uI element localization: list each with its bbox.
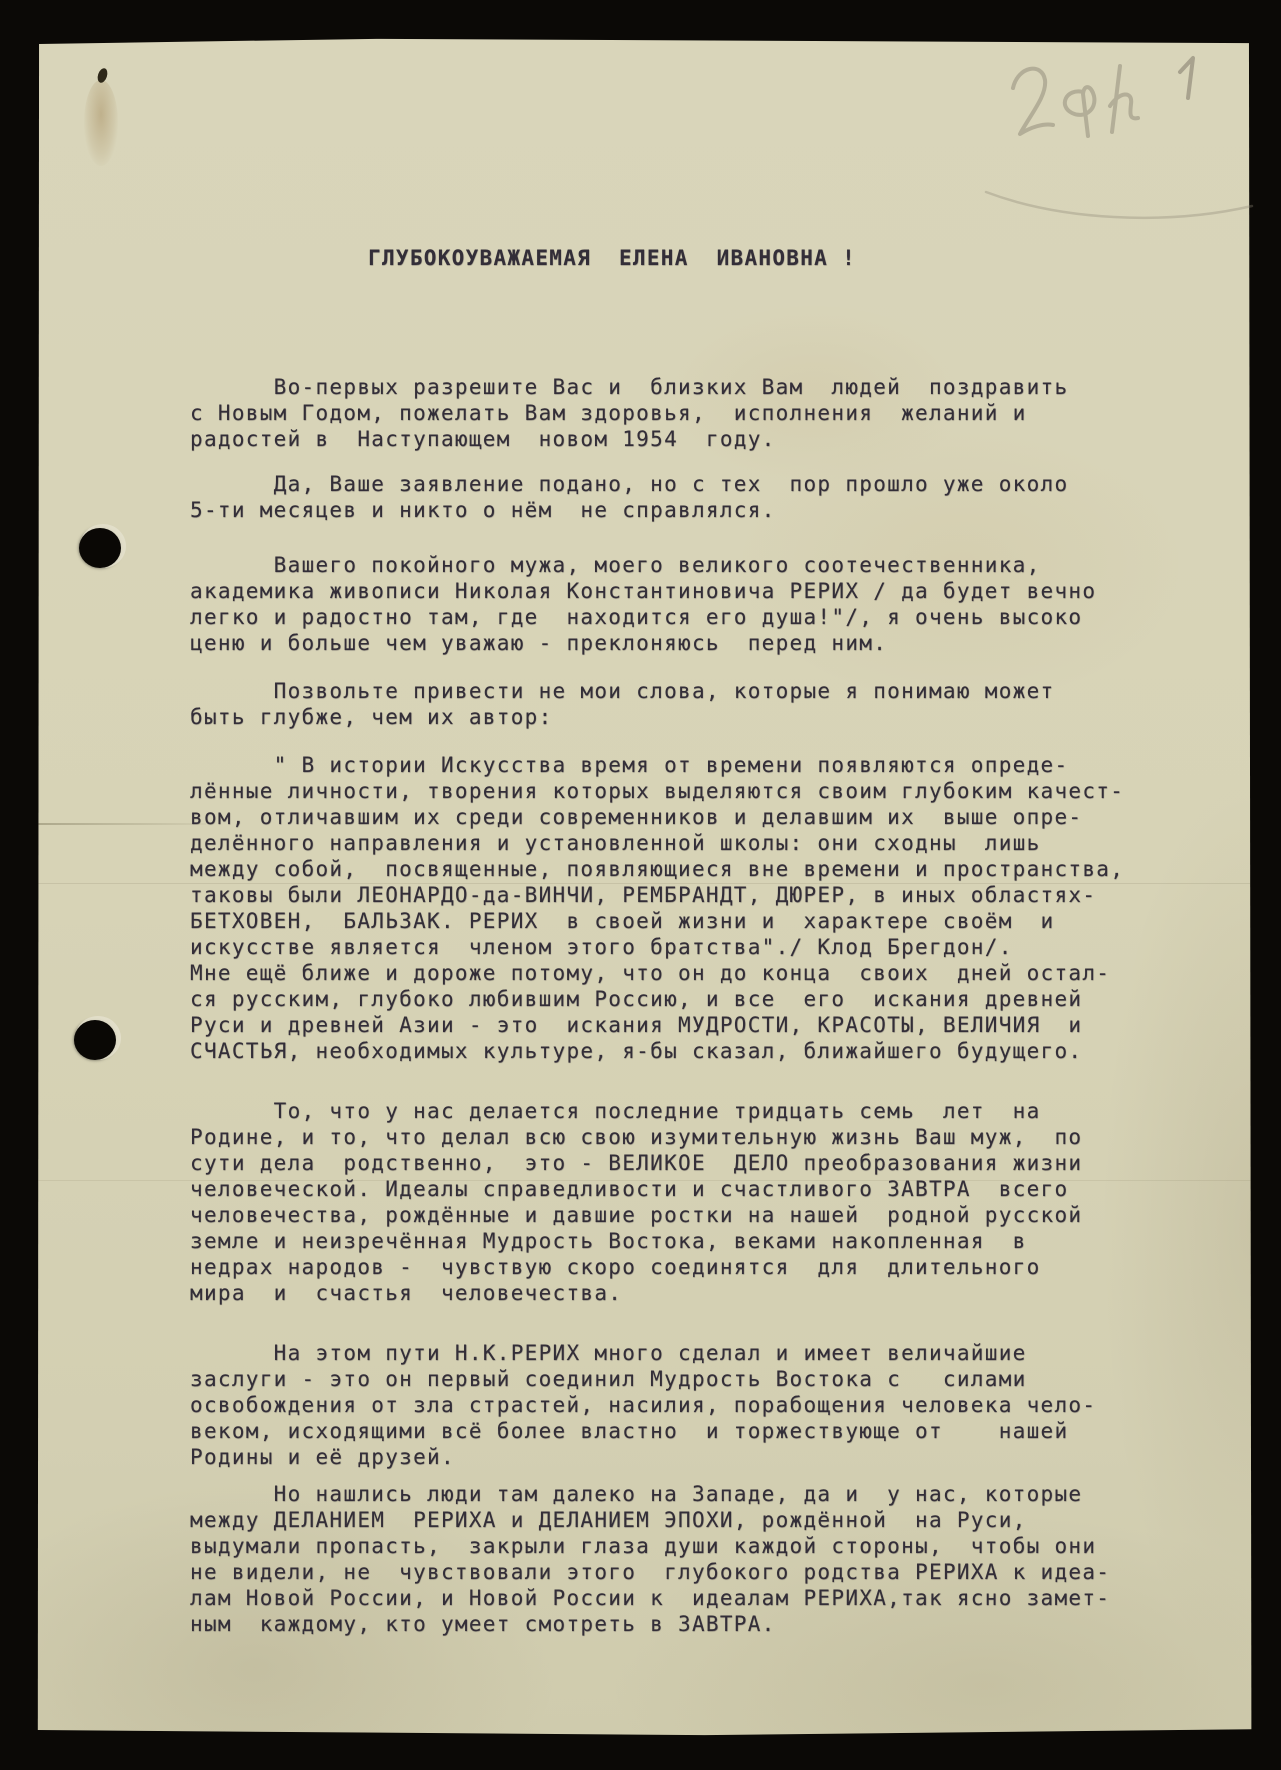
paragraph: Во-первых разрешите Вас и близких Вам лю… <box>190 374 1200 452</box>
text-line: вом, отличавшим их среди современников и… <box>190 804 1200 830</box>
paragraph: Да, Ваше заявление подано, но с тех пор … <box>190 471 1200 523</box>
text-line: таковы были ЛЕОНАРДО-да-ВИНЧИ, РЕМБРАНДТ… <box>190 882 1200 908</box>
punch-hole-top <box>79 528 121 568</box>
text-line: не видели, не чувствовали этого глубоког… <box>190 1559 1200 1585</box>
text-line: Во-первых разрешите Вас и близких Вам лю… <box>190 374 1200 400</box>
text-line: мира и счастья человечества. <box>190 1280 1200 1306</box>
text-line: ся русским, глубоко любившим Россию, и в… <box>190 986 1200 1012</box>
text-line: Родине, и то, что делал всю свою изумите… <box>190 1124 1200 1150</box>
text-line: Руси и древней Азии - это искания МУДРОС… <box>190 1012 1200 1038</box>
text-line: заслуги - это он первый соединил Мудрост… <box>190 1366 1200 1392</box>
text-line: недрах народов - чувствую скоро соединят… <box>190 1254 1200 1280</box>
text-line: Позвольте привести не мои слова, которые… <box>190 678 1200 704</box>
text-line: ценю и больше чем уважаю - преклоняюсь п… <box>190 630 1200 656</box>
letter-page: ГЛУБОКОУВАЖАЕМАЯ ЕЛЕНА ИВАНОВНА ! Во-пер… <box>36 38 1252 1736</box>
text-line: ным каждому, кто умеет смотреть в ЗАВТРА… <box>190 1611 1200 1637</box>
text-line: Родины и её друзей. <box>190 1444 1200 1470</box>
text-line: сути дела родственно, это - ВЕЛИКОЕ ДЕЛО… <box>190 1150 1200 1176</box>
text-line: лённые личности, творения которых выделя… <box>190 778 1200 804</box>
text-line: между ДЕЛАНИЕМ РЕРИХА и ДЕЛАНИЕМ ЭПОХИ, … <box>190 1507 1200 1533</box>
text-line: Вашего покойного мужа, моего великого со… <box>190 552 1200 578</box>
text-line: академика живописи Николая Константинови… <box>190 578 1200 604</box>
paragraph: То, что у нас делается последние тридцат… <box>190 1098 1200 1306</box>
text-line: лам Новой России, и Новой России к идеал… <box>190 1585 1200 1611</box>
letter-body: Во-первых разрешите Вас и близких Вам лю… <box>190 374 1200 1637</box>
paragraph: Позвольте привести не мои слова, которые… <box>190 678 1200 730</box>
text-line: Да, Ваше заявление подано, но с тех пор … <box>190 471 1200 497</box>
text-line: Но нашлись люди там далеко на Западе, да… <box>190 1481 1200 1507</box>
text-line: освобождения от зла страстей, насилия, п… <box>190 1392 1200 1418</box>
text-line: легко и радостно там, где находится его … <box>190 604 1200 630</box>
text-line: То, что у нас делается последние тридцат… <box>190 1098 1200 1124</box>
text-line: человеческой. Идеалы справедливости и сч… <box>190 1176 1200 1202</box>
text-line: БЕТХОВЕН, БАЛЬЗАК. РЕРИХ в своей жизни и… <box>190 908 1200 934</box>
paper-tear-speck <box>96 67 109 84</box>
text-line: с Новым Годом, пожелать Вам здоровья, ис… <box>190 400 1200 426</box>
text-line: человечества, рождённые и давшие ростки … <box>190 1202 1200 1228</box>
text-line: выдумали пропасть, закрыли глаза души ка… <box>190 1533 1200 1559</box>
text-line: 5-ти месяцев и никто о нём не справлялся… <box>190 497 1200 523</box>
fold-crease <box>36 823 206 825</box>
text-line: земле и неизречённая Мудрость Востока, в… <box>190 1228 1200 1254</box>
text-line: На этом пути Н.К.РЕРИХ много сделал и им… <box>190 1340 1200 1366</box>
paper-stain <box>84 80 118 166</box>
text-line: быть глубже, чем их автор: <box>190 704 1200 730</box>
text-line: между собой, посвященные, появляющиеся в… <box>190 856 1200 882</box>
text-line: " В истории Искусства время от времени п… <box>190 752 1200 778</box>
scanned-letter-screenshot: { "document": { "kind": "typewritten-let… <box>0 0 1281 1770</box>
text-line: радостей в Наступающем новом 1954 году. <box>190 426 1200 452</box>
text-line: делённого направления и установленной шк… <box>190 830 1200 856</box>
text-line: Мне ещё ближе и дороже потому, что он до… <box>190 960 1200 986</box>
paragraph: На этом пути Н.К.РЕРИХ много сделал и им… <box>190 1340 1200 1470</box>
letter-salutation: ГЛУБОКОУВАЖАЕМАЯ ЕЛЕНА ИВАНОВНА ! <box>190 245 1200 271</box>
paragraph: Вашего покойного мужа, моего великого со… <box>190 552 1200 656</box>
paragraph: " В истории Искусства время от времени п… <box>190 752 1200 1064</box>
punch-hole-bottom <box>74 1020 116 1060</box>
paragraph: Но нашлись люди там далеко на Западе, да… <box>190 1481 1200 1637</box>
text-line: веком, исходящими всё более властно и то… <box>190 1418 1200 1444</box>
text-line: СЧАСТЬЯ, необходимых культуре, я-бы сказ… <box>190 1038 1200 1064</box>
letter-text: ГЛУБОКОУВАЖАЕМАЯ ЕЛЕНА ИВАНОВНА ! Во-пер… <box>190 38 1200 1637</box>
text-line: искусстве является членом этого братства… <box>190 934 1200 960</box>
